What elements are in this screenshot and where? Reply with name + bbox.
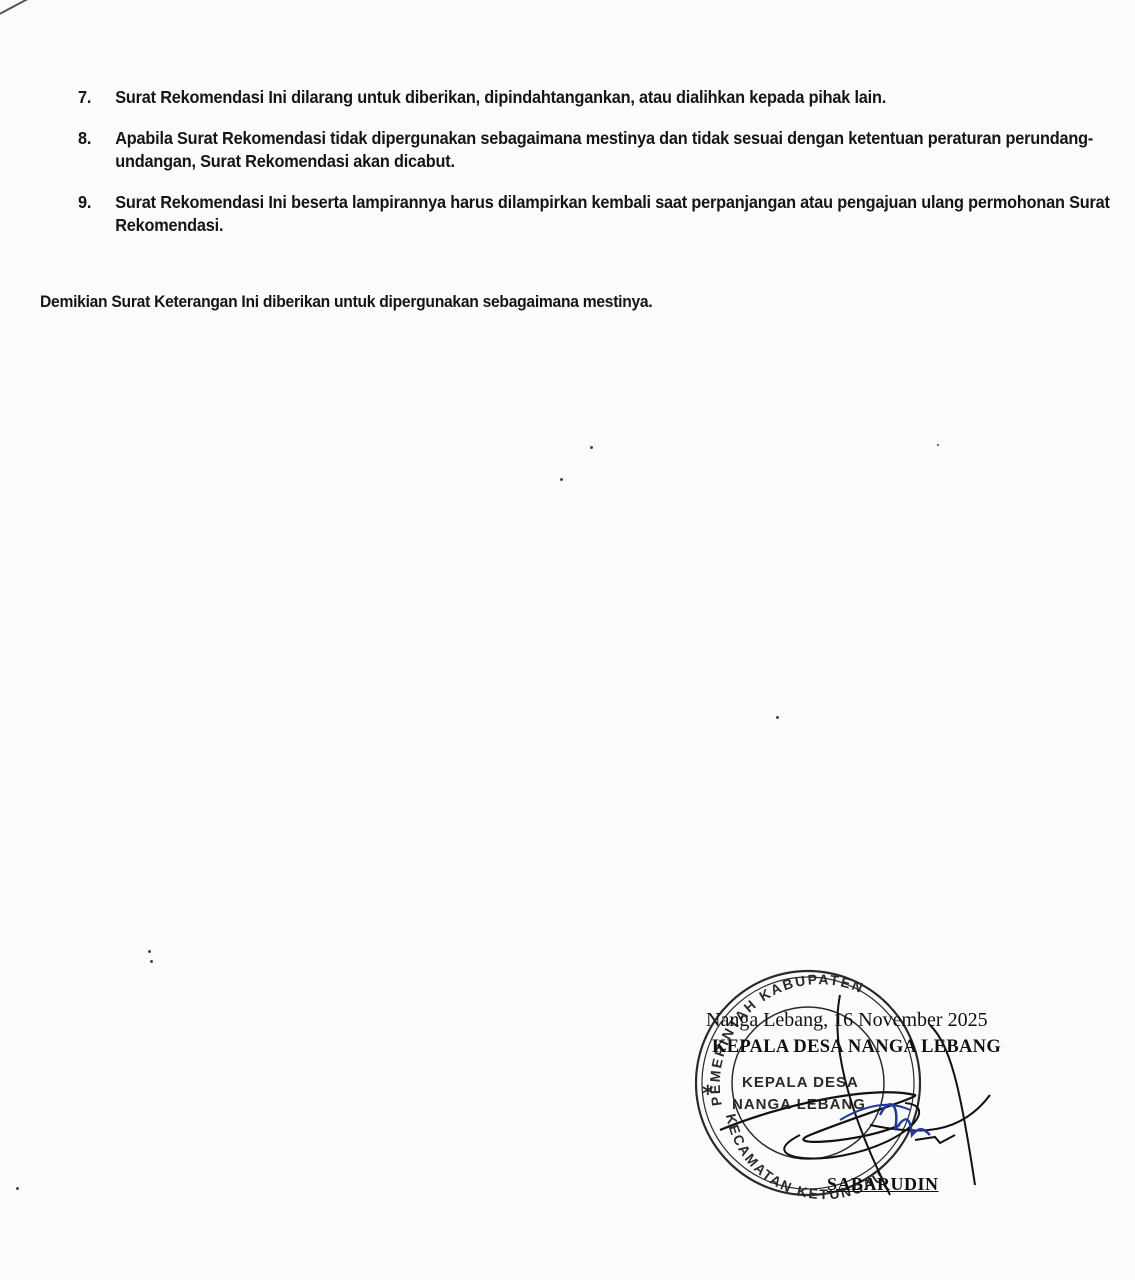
list-item: 8. Apabila Surat Rekomendasi tidak diper…: [78, 127, 1129, 173]
scan-speck: [150, 960, 153, 963]
svg-text:KEPALA DESA: KEPALA DESA: [742, 1074, 859, 1091]
scan-speck: [937, 444, 939, 446]
svg-text:*: *: [702, 1082, 714, 1107]
scan-edge-line: [0, 0, 43, 19]
signature-block: PEMERINTAH KABUPATEN KECAMATAN KETUNGAU …: [690, 965, 1090, 1205]
signatory-title: KEPALA DESA NANGA LEBANG: [712, 1037, 1001, 1058]
item-number: 8.: [78, 127, 91, 150]
scan-speck: [16, 1187, 19, 1190]
scan-speck: [148, 950, 151, 953]
item-text: Apabila Surat Rekomendasi tidak dipergun…: [115, 128, 1093, 171]
scan-speck: [776, 716, 779, 719]
item-number: 9.: [78, 191, 91, 214]
item-number: 7.: [78, 86, 91, 109]
list-item: 9. Surat Rekomendasi Ini beserta lampira…: [78, 191, 1129, 237]
item-text: Surat Rekomendasi Ini beserta lampiranny…: [115, 192, 1110, 235]
item-text: Surat Rekomendasi Ini dilarang untuk dib…: [115, 87, 886, 107]
official-stamp-icon: PEMERINTAH KABUPATEN KECAMATAN KETUNGAU …: [690, 965, 1090, 1205]
scan-speck: [590, 446, 593, 449]
place-date: Nanga Lebang, 16 November 2025: [706, 1009, 988, 1032]
signatory-name: SABARUDIN: [827, 1174, 939, 1195]
list-item: 7. Surat Rekomendasi Ini dilarang untuk …: [78, 86, 1129, 109]
closing-statement: Demikian Surat Keterangan Ini diberikan …: [40, 292, 652, 312]
conditions-list: 7. Surat Rekomendasi Ini dilarang untuk …: [78, 86, 1118, 255]
scan-speck: [560, 478, 563, 481]
